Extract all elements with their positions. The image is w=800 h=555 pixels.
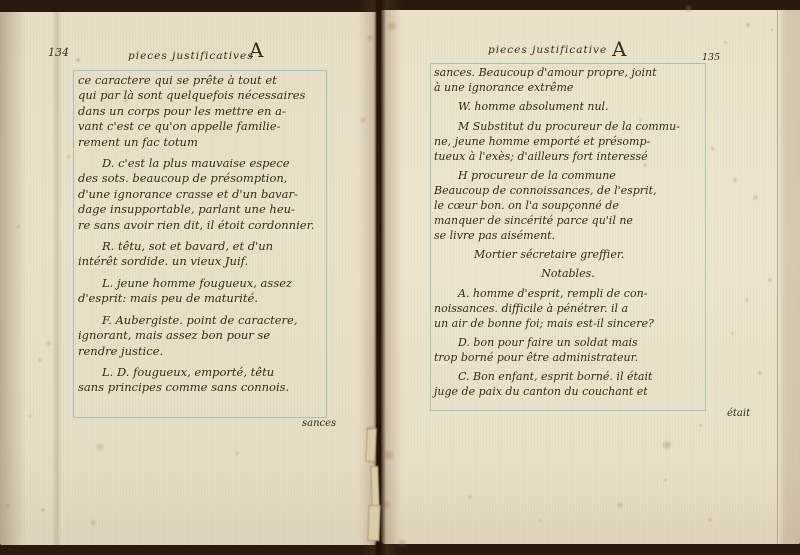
manuscript-line: dans un corps pour les mettre en a- (78, 104, 324, 119)
manuscript-line: noissances. difficile à pénétrer. il a (434, 302, 702, 317)
manuscript-line: F. Aubergiste. point de caractere, (78, 313, 324, 328)
manuscript-paragraph: sances. Beaucoup d'amour propre, jointà … (434, 66, 702, 96)
manuscript-line: vant c'est ce qu'on appelle familie- (78, 119, 324, 134)
manuscript-line: L. D. fougueux, emporté, têtu (78, 365, 324, 380)
torn-paper-stub (367, 505, 380, 541)
book-gutter (358, 0, 402, 555)
manuscript-paragraph: D. bon pour faire un soldat maistrop bor… (434, 336, 702, 366)
book-spread-photo: 134 pieces justificatives A pieces justi… (0, 0, 800, 555)
manuscript-paragraph: H procureur de la communeBeaucoup de con… (434, 169, 702, 244)
torn-paper-stub (370, 466, 380, 510)
manuscript-line: dage insupportable, parlant une heu- (78, 202, 324, 217)
running-title-left: pieces justificatives (128, 50, 254, 62)
manuscript-line: M Substitut du procureur de la commu- (434, 120, 702, 135)
manuscript-line: re sans avoir rien dit, il étoit cordonn… (78, 218, 324, 233)
manuscript-text-left: ce caractere qui se prête à tout etqui p… (78, 73, 324, 396)
manuscript-line: D. bon pour faire un soldat mais (434, 336, 702, 351)
section-letter-left: A (249, 38, 263, 62)
page-number-right: 135 (702, 52, 720, 63)
manuscript-line: sances. Beaucoup d'amour propre, joint (434, 66, 702, 81)
manuscript-paragraph: F. Aubergiste. point de caractere,ignora… (78, 313, 324, 359)
manuscript-paragraph: Notables. (434, 267, 702, 282)
manuscript-paragraph: Mortier sécretaire greffier. (434, 248, 702, 263)
catchword-left: sances (302, 418, 336, 429)
page-crease (52, 12, 62, 545)
torn-paper-stub (365, 428, 377, 462)
manuscript-paragraph: D. c'est la plus mauvaise especedes sots… (78, 156, 324, 233)
manuscript-line: sans principes comme sans connois. (78, 380, 324, 395)
manuscript-line: le cœur bon. on l'a soupçonné de (434, 199, 702, 214)
manuscript-paragraph: A. homme d'esprit, rempli de con-noissan… (434, 287, 702, 332)
manuscript-line: d'une ignorance crasse et d'un bavar- (78, 187, 324, 202)
manuscript-line: C. Bon enfant, esprit borné. il était (434, 370, 702, 385)
manuscript-line: A. homme d'esprit, rempli de con- (434, 287, 702, 302)
manuscript-line: d'esprit: mais peu de maturité. (78, 291, 324, 306)
manuscript-line: tueux à l'exès; d'ailleurs fort interess… (434, 150, 702, 165)
manuscript-line: R. têtu, sot et bavard, et d'un (78, 239, 324, 254)
manuscript-line: W. homme absolument nul. (434, 100, 702, 115)
manuscript-line: manquer de sincérité parce qu'il ne (434, 214, 702, 229)
manuscript-text-right: sances. Beaucoup d'amour propre, jointà … (434, 66, 702, 400)
manuscript-line: ignorant, mais assez bon pour se (78, 328, 324, 343)
manuscript-line: intérêt sordide. un vieux Juif. (78, 254, 324, 269)
manuscript-paragraph: L. jeune homme fougueux, assezd'esprit: … (78, 276, 324, 307)
manuscript-line: rendre justice. (78, 344, 324, 359)
manuscript-line: Notables. (434, 267, 702, 282)
manuscript-line: qui par là sont quelquefois nécessaires (78, 88, 324, 103)
manuscript-paragraph: C. Bon enfant, esprit borné. il étaitjug… (434, 370, 702, 400)
manuscript-line: des sots. beaucoup de présomption, (78, 171, 324, 186)
manuscript-line: L. jeune homme fougueux, assez (78, 276, 324, 291)
manuscript-paragraph: L. D. fougueux, emporté, têtusans princi… (78, 365, 324, 396)
manuscript-line: un air de bonne foi; mais est-il sincere… (434, 317, 702, 332)
manuscript-line: ne, jeune homme emporté et présomp- (434, 135, 702, 150)
manuscript-line: juge de paix du canton du couchant et (434, 385, 702, 400)
manuscript-line: Beaucoup de connoissances, de l'esprit, (434, 184, 702, 199)
manuscript-paragraph: M Substitut du procureur de la commu-ne,… (434, 120, 702, 165)
manuscript-line: Mortier sécretaire greffier. (434, 248, 702, 263)
catchword-right: était (727, 408, 750, 419)
manuscript-paragraph: R. têtu, sot et bavard, et d'unintérêt s… (78, 239, 324, 270)
manuscript-paragraph: ce caractere qui se prête à tout etqui p… (78, 73, 324, 150)
manuscript-line: se livre pas aisément. (434, 229, 702, 244)
manuscript-line: rement un fac totum (78, 135, 324, 150)
manuscript-line: D. c'est la plus mauvaise espece (78, 156, 324, 171)
manuscript-paragraph: W. homme absolument nul. (434, 100, 702, 115)
page-edge-shadow (777, 10, 800, 544)
section-letter-right: A (612, 37, 626, 61)
manuscript-line: à une ignorance extrême (434, 81, 702, 96)
manuscript-line: ce caractere qui se prête à tout et (78, 73, 324, 88)
page-edge-shadow (0, 12, 26, 545)
manuscript-line: trop borné pour être administrateur. (434, 351, 702, 366)
page-number-left: 134 (48, 46, 69, 59)
manuscript-line: H procureur de la commune (434, 169, 702, 184)
running-title-right: pieces justificative (488, 44, 607, 56)
